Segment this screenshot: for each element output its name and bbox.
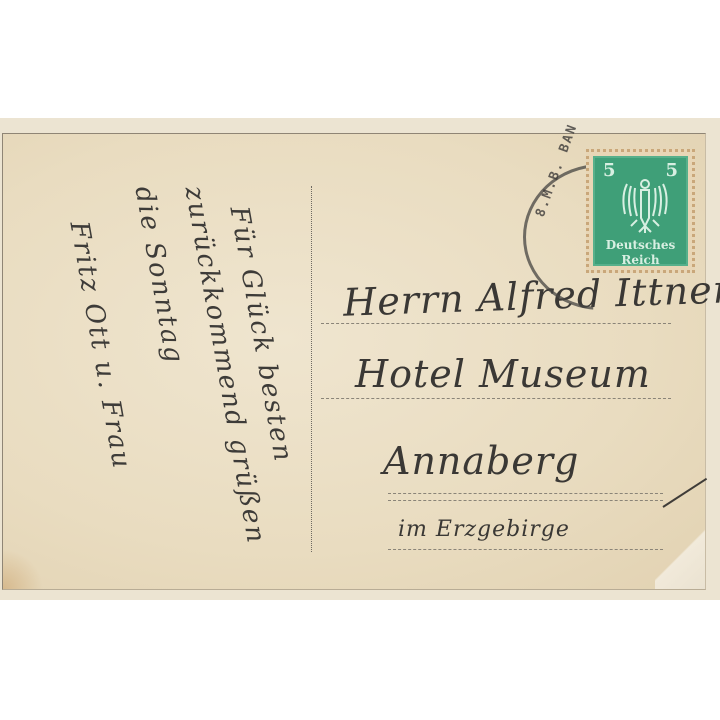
address-rule-2	[321, 398, 671, 399]
stamp-face: 5 5 Deutsches Reich	[593, 156, 688, 266]
pen-stroke	[662, 478, 707, 508]
address-rule-3	[388, 493, 663, 494]
recipient-city: Annaberg	[383, 439, 579, 483]
recipient-region: im Erzgebirge	[398, 517, 570, 542]
address-rule-4	[388, 549, 663, 550]
stamp-country-line1: Deutsches	[595, 238, 686, 252]
stamp-value-left: 5	[603, 160, 616, 181]
recipient-name: Herrn Alfred Ittner	[342, 267, 720, 325]
center-divider	[311, 186, 312, 552]
eagle-icon	[617, 176, 673, 234]
recipient-hotel: Hotel Museum	[355, 352, 651, 396]
message-signature: Fritz Ott u. Frau	[63, 219, 136, 472]
postage-stamp: 5 5 Deutsches Reich	[586, 149, 695, 273]
stamp-country-line2: Reich	[595, 253, 686, 267]
postcard: Für Glück besten zurückkommend grüßen di…	[2, 133, 706, 590]
address-rule-3-double	[388, 500, 663, 501]
message-line-3: die Sonntag	[128, 184, 189, 367]
